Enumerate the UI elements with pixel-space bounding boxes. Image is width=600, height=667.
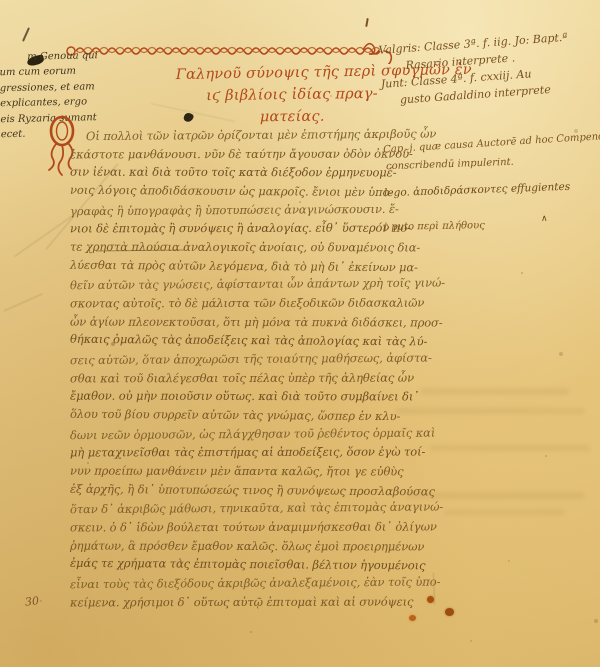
pen-stroke [22, 27, 30, 42]
crease-line [14, 216, 72, 257]
text-line: κείμενα. χρήσιμοι δ᾽ οὕτως αὐτῷ ἐπιτομαὶ… [70, 592, 406, 611]
text-line: Οἱ πολλοὶ τῶν ἰατρῶν ὁρίζονται μὲν ἐπιστ… [70, 125, 406, 146]
verso-showthrough [445, 510, 565, 515]
text-line: σεις αὐτῶν, ὅταν ἀποχωρῶσι τῆς τοιαύτης … [70, 349, 406, 370]
text-line: ἑκάστοτε μανθάνουσι. νῦν δὲ ταύτην ἄγουσ… [70, 144, 406, 163]
text-line: σιν ἰέναι. καὶ διὰ τοῦτο τοῖς κατὰ διέξο… [70, 163, 406, 182]
text-line: νιοι δὲ ἐπιτομὰς ἢ συνόψεις ἢ ἀναλογίας.… [70, 219, 406, 238]
text-line: ὧν ἁγίων πλεονεκτοῦσαι, ὅτι μὴ μόνα τὰ π… [70, 312, 406, 331]
parchment-speckles [0, 0, 2, 2]
text-line: θεῖν αὐτῶν τὰς γνώσεις, ἀφίστανται ὧν ἁπ… [70, 274, 406, 295]
main-text: Οἱ πολλοὶ τῶν ἰατρῶν ὁρίζονται μὲν ἐπιστ… [70, 126, 406, 611]
text-line: νοις λόγοις ἀποδιδάσκουσιν ὡς μακροῖς. ἔ… [70, 181, 406, 202]
marginal-note-top-right: Valgris: Classe 3ª. f. iig. Jo: Bapt.ªRa… [378, 26, 600, 109]
crease-line [4, 294, 43, 312]
page-title: Γαληνοῦ σύνοψις τῆς περὶ σφυγμῶν ἐνιϛ βι… [176, 61, 409, 129]
stain-dot [445, 608, 454, 616]
lection-gloss: lego. ἀποδιδράσκοντες effugientes [384, 181, 570, 199]
text-line: γραφὰς ἢ ὑπογραφὰς ἢ ὑποτυπώσεις ἀναγινώ… [70, 199, 406, 220]
text-line: σκειν. ὁ δ᾽ ἰδὼν βούλεται τούτων ἀναμιμν… [70, 518, 406, 537]
text-line: ὅλου τοῦ βίου συρρεῖν αὐτῶν τὰς γνώμας, … [70, 405, 406, 426]
verso-showthrough [430, 445, 590, 451]
text-line: νυν προείπω μανθάνειν μὲν ἅπαντα καλῶς, … [70, 462, 406, 481]
pen-tick [365, 18, 369, 27]
text-line: ῥημάτων, ἃ πρόσθεν ἔμαθον καλῶς. ὅλως ἐμ… [70, 536, 406, 555]
title-line: ιϛ βιβλίοις ἰδίας πραγ- [176, 83, 408, 108]
verso-showthrough [420, 388, 570, 395]
text-line: μὴ μεταχινεῖσθαι τὰς ἐπιστήμας αἱ ἀποδεί… [70, 443, 406, 462]
text-line: θήκαις ὁμαλῶς τὰς ἀποδείξεις καὶ τὰς ἀπο… [70, 330, 406, 351]
manuscript-page: Γαληνοῦ σύνοψις τῆς περὶ σφυγμῶν ἐνιϛ βι… [0, 0, 600, 667]
text-line: σθαι καὶ τοῦ διαλέγεσθαι τοῖς πέλας ὑπὲρ… [70, 368, 406, 387]
stain-dot [409, 615, 416, 621]
text-line: εἶναι τοὺς τὰς διεξόδους ἀκριβῶς ἀναλεξα… [70, 573, 406, 594]
text-line: δωνι νεῶν ὁρμουσῶν, ὡς πλάγχθησαν τοῦ ῥε… [70, 424, 406, 445]
caret-mark: ∧ [541, 214, 548, 224]
text-line: ὅταν δ᾽ ἀκριβῶς μάθωσι, τηνικαῦτα, καὶ τ… [70, 498, 406, 519]
stain-dot [427, 596, 434, 603]
text-line: τε χρηστὰ πλούσια ἀναλογικοῖς ἀνοίαις, ο… [70, 238, 406, 257]
line-number: 30 [24, 594, 39, 608]
text-line: ἔμαθον. οὐ μὴν ποιοῦσιν οὕτως. καὶ διὰ τ… [70, 387, 406, 406]
text-line: σκοντας αὐτοῖς. τὸ δὲ μάλιστα τῶν διεξοδ… [70, 294, 406, 313]
verso-showthrough [395, 408, 585, 414]
